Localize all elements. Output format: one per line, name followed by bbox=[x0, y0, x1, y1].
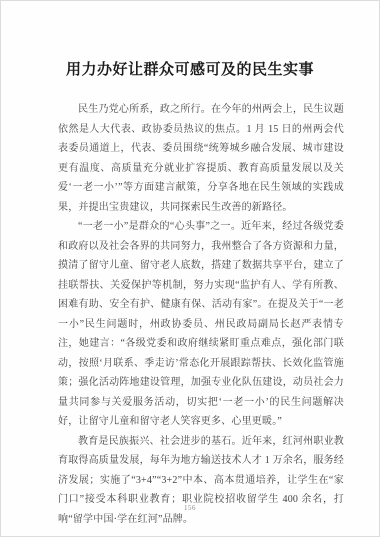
document-title: 用力办好让群众可感可及的民生实事 bbox=[1, 1, 379, 79]
document-body: 民生乃党心所系，政之所行。在今年的州两会上，民生议题依然是人大代表、政协委员热议… bbox=[1, 100, 379, 529]
body-paragraph-1: 民生乃党心所系，政之所行。在今年的州两会上，民生议题依然是人大代表、政协委员热议… bbox=[58, 100, 344, 217]
document-page: 用力办好让群众可感可及的民生实事 民生乃党心所系，政之所行。在今年的州两会上，民… bbox=[0, 0, 380, 537]
body-paragraph-3: 教育是民族振兴、社会进步的基石。近年来，红河州职业教育取得高质量发展，每年为地方… bbox=[58, 432, 344, 530]
body-paragraph-2: “一老一小”是群众的“心头事”之一。近年来，经过各级党委和政府以及社会各界的共同… bbox=[58, 217, 344, 432]
page-number: 156 bbox=[1, 504, 379, 512]
